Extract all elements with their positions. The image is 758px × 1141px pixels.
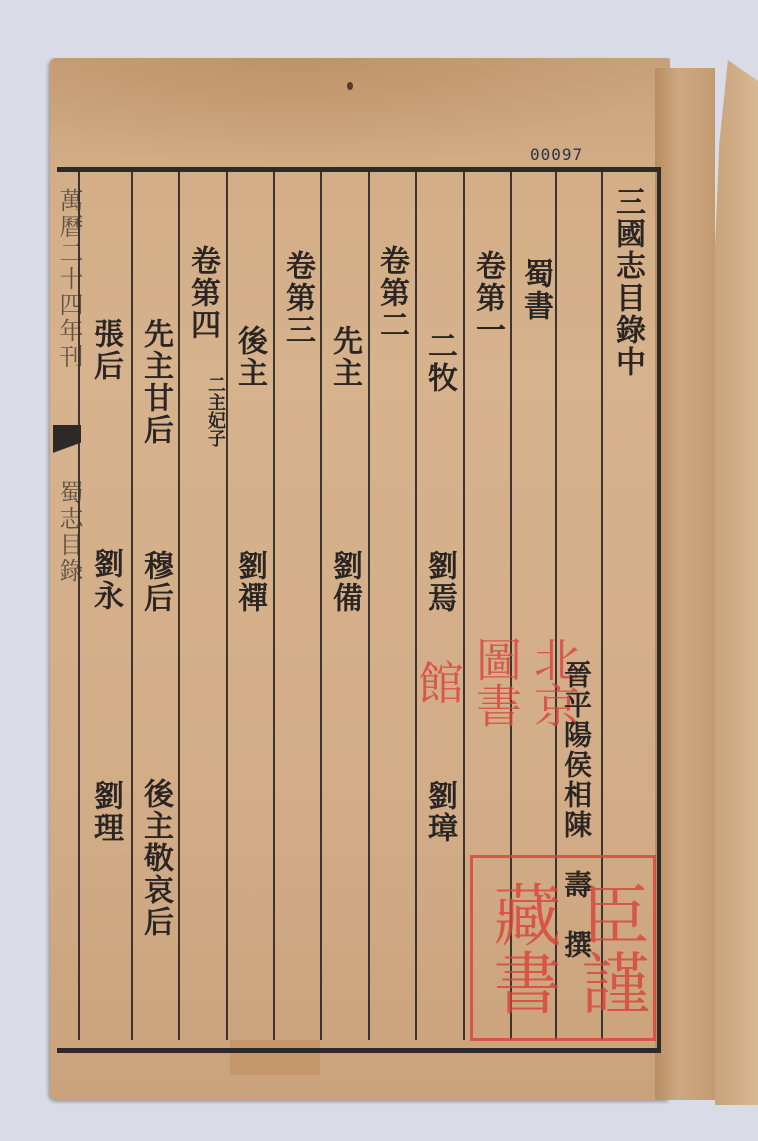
juan4-annotation: 二主妃子 [205, 375, 225, 447]
column-rule [368, 172, 370, 1040]
juan4-entry: 劉永 [88, 548, 122, 612]
juan4-entry: 劉理 [88, 780, 122, 844]
column-rule [273, 172, 275, 1040]
section-heading: 蜀書 [518, 258, 552, 322]
column-rule [415, 172, 417, 1040]
column-rule [178, 172, 180, 1040]
juan1-entry: 劉璋 [422, 780, 456, 844]
worm-hole [347, 82, 353, 90]
juan4-entry: 先主甘后 [138, 318, 172, 446]
margin-title: 蜀志目錄 [52, 480, 87, 584]
torn-page-edge [715, 60, 758, 1105]
author-line: 晉平陽侯相陳 壽 撰 [560, 660, 592, 960]
juan3-entry: 後主 [232, 325, 266, 389]
page-fold [655, 68, 715, 1100]
juan2-entry: 先主 [327, 325, 361, 389]
juan3-entry: 劉禪 [232, 550, 266, 614]
juan2-entry: 劉備 [327, 550, 361, 614]
column-rule [131, 172, 133, 1040]
juan1-heading: 卷第一 [470, 250, 504, 346]
juan4-heading: 卷第四 [185, 245, 219, 341]
juan2-heading: 卷第二 [374, 245, 408, 341]
title-column: 三國志目錄中 [610, 186, 644, 378]
juan1-entry: 二牧 [422, 330, 456, 394]
juan1-entry: 劉焉 [422, 550, 456, 614]
juan4-entry: 穆后 [138, 550, 172, 614]
juan4-entry: 張后 [88, 318, 122, 382]
serial-number: 00097 [530, 145, 583, 164]
juan3-heading: 卷第三 [280, 250, 314, 346]
margin-date: 萬曆二十四年刊 [52, 188, 87, 370]
juan4-entry: 後主敬哀后 [138, 778, 172, 938]
column-rule [226, 172, 228, 1040]
column-rule [463, 172, 465, 1040]
fishtail-mark [53, 425, 81, 465]
column-rule [320, 172, 322, 1040]
